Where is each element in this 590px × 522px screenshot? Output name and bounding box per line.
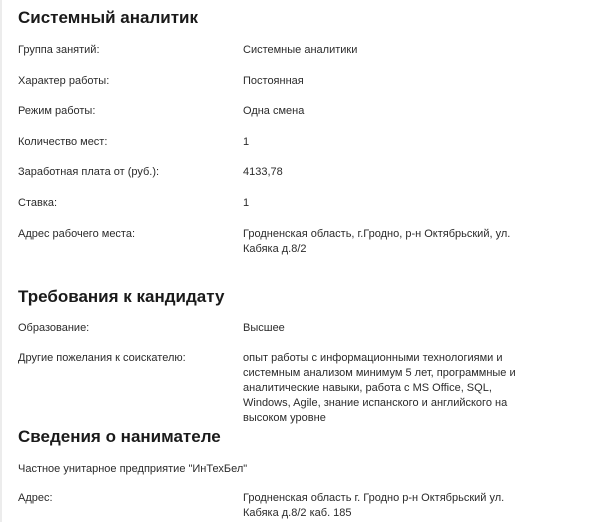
occupation-group-value: Системные аналитики xyxy=(243,43,543,58)
employer-address-value: Гродненская область г. Гродно р-н Октябр… xyxy=(243,491,538,521)
work-type-label: Характер работы: xyxy=(18,74,109,89)
rate-label: Ставка: xyxy=(18,196,57,211)
workplace-address-label: Адрес рабочего места: xyxy=(18,227,135,242)
other-wishes-value: опыт работы с информационными технология… xyxy=(243,351,533,426)
education-value: Высшее xyxy=(243,321,543,336)
positions-count-value: 1 xyxy=(243,135,543,150)
other-wishes-label: Другие пожелания к соискателю: xyxy=(18,351,186,366)
rate-value: 1 xyxy=(243,196,543,211)
salary-value: 4133,78 xyxy=(243,165,543,180)
positions-count-label: Количество мест: xyxy=(18,135,107,150)
workplace-address-value: Гродненская область, г.Гродно, р-н Октяб… xyxy=(243,227,538,257)
work-schedule-value: Одна смена xyxy=(243,104,543,119)
education-label: Образование: xyxy=(18,321,89,336)
vacancy-title: Системный аналитик xyxy=(18,8,198,28)
vacancy-card: Системный аналитик Группа занятий: Систе… xyxy=(0,0,590,522)
occupation-group-label: Группа занятий: xyxy=(18,43,100,58)
employer-name: Частное унитарное предприятие "ИнТехБел" xyxy=(18,462,247,477)
employer-address-label: Адрес: xyxy=(18,491,53,506)
work-schedule-label: Режим работы: xyxy=(18,104,95,119)
work-type-value: Постоянная xyxy=(243,74,543,89)
employer-title: Сведения о нанимателе xyxy=(18,427,221,447)
salary-label: Заработная плата от (руб.): xyxy=(18,165,159,180)
requirements-title: Требования к кандидату xyxy=(18,287,224,307)
